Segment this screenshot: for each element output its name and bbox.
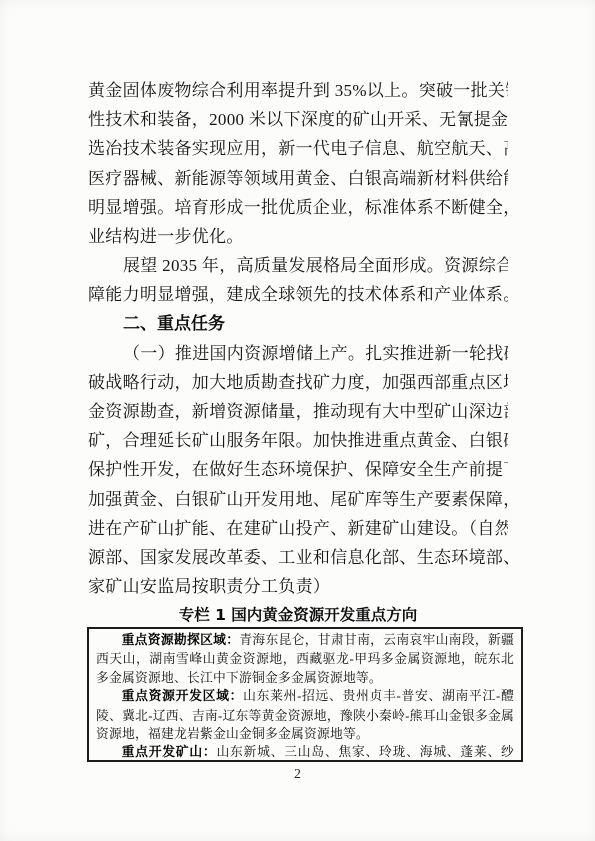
text-line: 障能力明显增强，建成全球领先的技术体系和产业体系。	[88, 280, 508, 309]
paragraph-continuation: 黄金固体废物综合利用率提升到 35%以上。突破一批关键共 性技术和装备，2000…	[88, 76, 508, 251]
panel-entry-development-areas: 重点资源开发区域：山东莱州-招远、贵州贞丰-普安、湖南平江-醴陵、冀北-辽西、吉…	[96, 687, 514, 743]
text-line: 选冶技术装备实现应用，新一代电子信息、航空航天、高端	[88, 134, 508, 163]
panel-entry-label: 重点资源开发区域：	[122, 689, 244, 704]
text-line: 性技术和装备，2000 米以下深度的矿山开采、无氰提金等采	[88, 105, 508, 134]
text-line: 金资源勘查，新增资源储量，推动现有大中型矿山深边部找	[88, 397, 508, 426]
panel-box-gold-resource-directions: 重点资源勘探区域：青海东昆仑，甘肃甘南，云南哀牢山南段，新疆西天山，湖南雪峰山黄…	[87, 627, 523, 762]
panel-entry-key-mines: 重点开发矿山：山东新城、三山岛、焦家、玲珑、海城、蓬莱、纱岭、西	[96, 743, 514, 762]
panel-title: 专栏 1 国内黄金资源开发重点方向	[88, 603, 508, 625]
text-line: 破战略行动，加大地质勘查找矿力度，加强西部重点区域黄	[88, 368, 508, 397]
text-line: 保护性开发，在做好生态环境保护、保障安全生产前提下，	[88, 455, 508, 484]
text-line: 业结构进一步优化。	[88, 222, 508, 251]
text-line: 展望 2035 年，高质量发展格局全面形成。资源综合保	[88, 251, 508, 280]
text-line: 进在产矿山扩能、在建矿山投产、新建矿山建设。（自然资	[88, 514, 508, 543]
page-number: 2	[0, 766, 595, 782]
text-line: 明显增强。培育形成一批优质企业，标准体系不断健全，产	[88, 193, 508, 222]
text-line: （一）推进国内资源增储上产。扎实推进新一轮找矿突	[88, 339, 508, 368]
text-line: 家矿山安监局按职责分工负责）	[88, 572, 508, 601]
panel-entry-label: 重点开发矿山：	[122, 745, 217, 760]
body-text: 黄金固体废物综合利用率提升到 35%以上。突破一批关键共 性技术和装备，2000…	[88, 76, 508, 601]
section-heading-key-tasks: 二、重点任务	[88, 310, 508, 339]
panel-entry-exploration-areas: 重点资源勘探区域：青海东昆仑，甘肃甘南，云南哀牢山南段，新疆西天山，湖南雪峰山黄…	[96, 631, 514, 687]
panel-entry-label: 重点资源勘探区域：	[122, 633, 240, 648]
text-line: 源部、国家发展改革委、工业和信息化部、生态环境部、国	[88, 543, 508, 572]
paragraph-outlook-2035: 展望 2035 年，高质量发展格局全面形成。资源综合保 障能力明显增强，建成全球…	[88, 251, 508, 309]
text-line: 医疗器械、新能源等领域用黄金、白银高端新材料供给能力	[88, 164, 508, 193]
document-page: 黄金固体废物综合利用率提升到 35%以上。突破一批关键共 性技术和装备，2000…	[0, 0, 595, 841]
text-line: 黄金固体废物综合利用率提升到 35%以上。突破一批关键共	[88, 76, 508, 105]
text-line: 加强黄金、白银矿山开发用地、尾矿库等生产要素保障，推	[88, 485, 508, 514]
paragraph-domestic-resources: （一）推进国内资源增储上产。扎实推进新一轮找矿突 破战略行动，加大地质勘查找矿力…	[88, 339, 508, 602]
text-line: 矿，合理延长矿山服务年限。加快推进重点黄金、白银矿山	[88, 426, 508, 455]
